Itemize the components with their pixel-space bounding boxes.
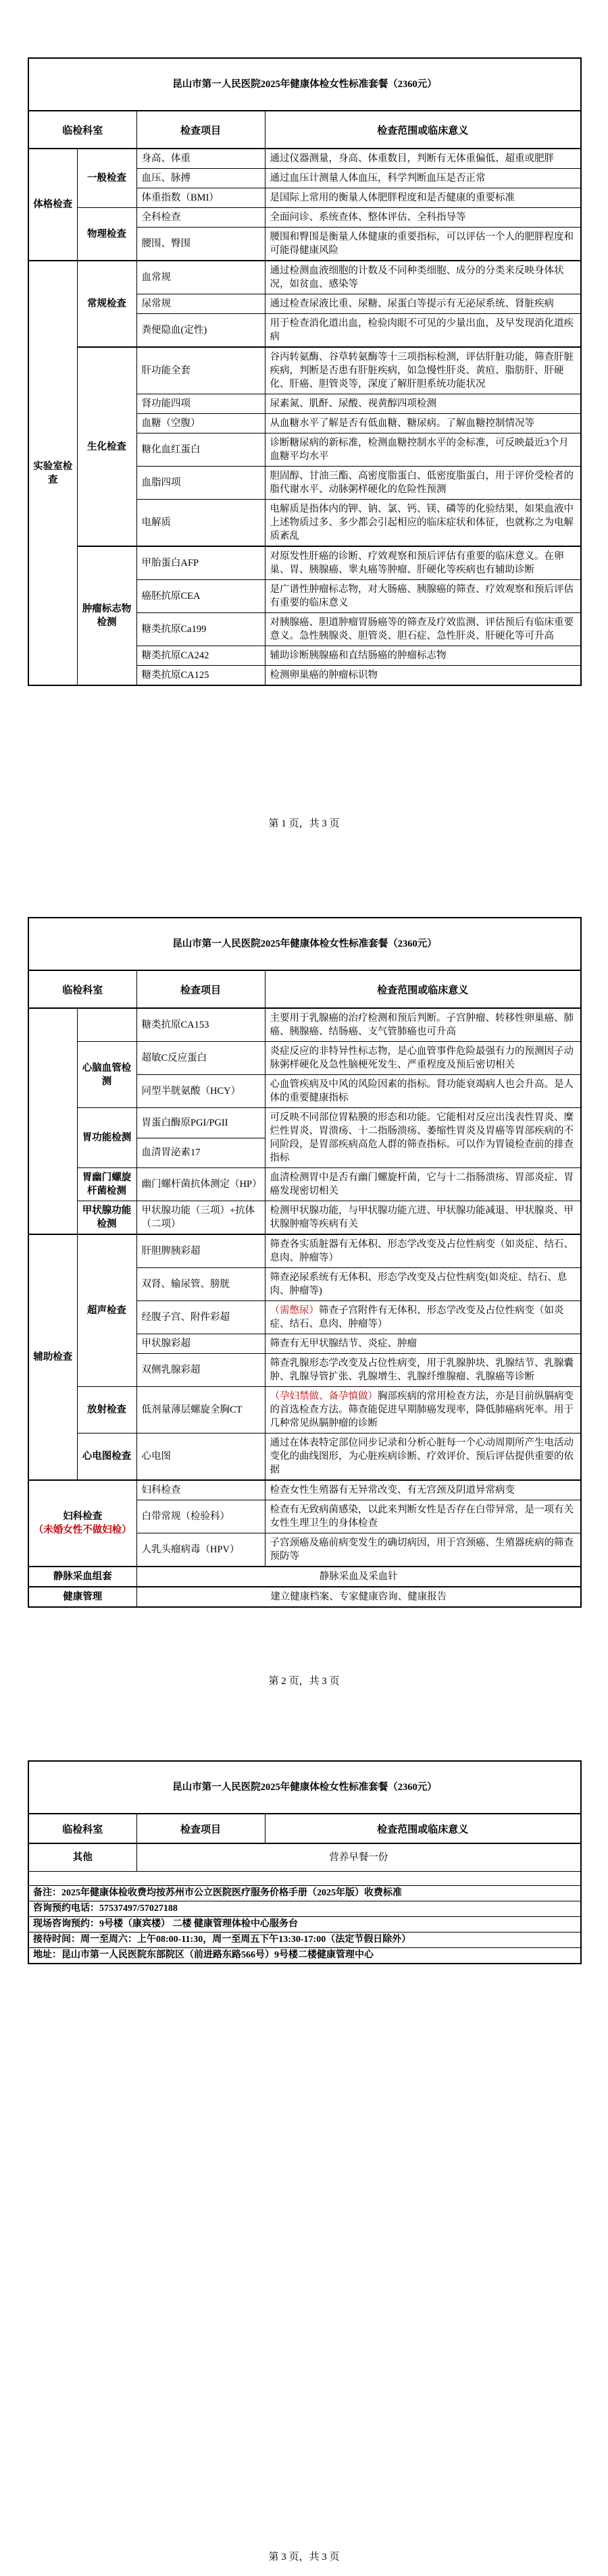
- table-row: 肿瘤标志物检测 甲胎蛋白AFP 对原发性肝癌的诊断、疗效观察和预后评估有重要的临…: [28, 546, 581, 580]
- group-cell: 心脑血管检测: [77, 1042, 136, 1108]
- meaning-cell: 可反映不同部位胃粘膜的形态和功能。它能相对反应出浅表性胃炎、糜烂性胃炎、胃溃疡、…: [265, 1108, 581, 1168]
- meaning-cell: 通过仪器测量，身高、体重数目，判断有无体重偏低、超重或肥胖: [265, 149, 581, 169]
- item-cell: 身高、体重: [136, 149, 265, 169]
- meaning-cell: （孕妇禁做、备孕慎做）胸部疾病的常用检查方法，亦是目前纵膈病变的首选检查方法。筛…: [265, 1387, 581, 1434]
- dept-cell: 体格检查: [28, 149, 77, 261]
- table-header-row: 临检科室 检查项目 检查范围或临床意义: [28, 1814, 581, 1843]
- meaning-cell: 炎症反应的非特异性标志物，是心血管事件危险最强有力的预测因子动脉粥样硬化及急性脑…: [265, 1042, 581, 1075]
- item-cell: 糖类抗原CA153: [136, 1008, 265, 1042]
- remark-onsite-booking: 现场咨询预约：9号楼（康宾楼） 二楼 健康管理体检中心服务台: [28, 1917, 581, 1933]
- dept-cell-empty: [28, 1008, 77, 1234]
- meaning-cell: 心血管疾病及中风的风险因素的指标。肾功能衰竭病人也会升高。是人体的重要健康指标: [265, 1075, 581, 1108]
- item-cell: 幽门螺杆菌抗体测定（HP）: [136, 1168, 265, 1201]
- table-row: 健康管理 建立健康档案、专家健康咨询、健康报告: [28, 1587, 581, 1607]
- dept-cell-gyn: 妇科检查 （未婚女性不做妇检）: [28, 1480, 136, 1567]
- meaning-cell: 电解质是指体内的钾、钠、氯、钙、镁、磷等的化验结果，如果血液中上述物质过多、多少…: [265, 500, 581, 547]
- table-row: 静脉采血组套 静脉采血及采血针: [28, 1567, 581, 1587]
- meaning-cell: 腰围和臀围是衡量人体健康的重要指标，可以评估一个人的肥胖程度和可能得健康风险: [265, 228, 581, 261]
- gyn-unmarried-note: （未婚女性不做妇检）: [30, 1523, 135, 1537]
- item-cell: 人乳头瘤病毒（HPV）: [136, 1533, 265, 1567]
- dept-cell: 静脉采血组套: [28, 1567, 136, 1587]
- item-cell: 糖类抗原Ca199: [136, 613, 265, 646]
- table-row: 咨询预约电话：57537497/57027188: [28, 1901, 581, 1917]
- table-row: 妇科检查 （未婚女性不做妇检） 妇科检查 检查女性生殖器有无异常改变、有无宫颈及…: [28, 1480, 581, 1500]
- item-cell: 血糖（空腹）: [136, 414, 265, 433]
- table-row: 辅助检查 超声检查 肝胆脾胰彩超 筛查各实质脏器有无体积、形态学改变及占位性病变…: [28, 1234, 581, 1268]
- table-row: 生化检查 肝功能全套 谷丙转氨酶、谷草转氨酶等十三项指标检测，评估肝脏功能，筛查…: [28, 347, 581, 394]
- meaning-cell: 检测甲状腺功能，与甲状腺功能亢进、甲状腺功能减退、甲状腺炎、甲状腺肿瘤等疾病有关: [265, 1201, 581, 1235]
- item-cell: 白带常规（检验科）: [136, 1500, 265, 1533]
- meaning-cell: 用于检查消化道出血，检验肉眼不可见的少量出血，及早发现消化道疾病: [265, 314, 581, 348]
- dept-cell: 其他: [28, 1843, 136, 1872]
- column-header-meaning: 检查范围或临床意义: [265, 1814, 581, 1843]
- item-cell: 妇科检查: [136, 1480, 265, 1500]
- doc-title: 昆山市第一人民医院2025年健康体检女性标准套餐（2360元）: [28, 918, 581, 970]
- remark-phone: 咨询预约电话：57537497/57027188: [28, 1901, 581, 1917]
- document-canvas: 昆山市第一人民医院2025年健康体检女性标准套餐（2360元） 临检科室 检查项…: [0, 0, 608, 2576]
- meaning-cell: 尿素氮、肌酐、尿酸、视黄醇四项检测: [265, 394, 581, 414]
- group-cell: 一般检查: [77, 149, 136, 208]
- meaning-cell: 检查有无致病菌感染，以此来判断女性是否存在白带异常，是一项有关女性生理卫生的身体…: [265, 1500, 581, 1533]
- table-row: 备注：2025年健康体检收费均按苏州市公立医院医疗服务价格手册（2025年版）收…: [28, 1886, 581, 1901]
- meaning-cell: 是国际上常用的衡量人体肥胖程度和是否健康的重要标准: [265, 188, 581, 208]
- page2-footer: 第 2 页，共 3 页: [0, 1673, 608, 1687]
- table-row: 心电图检查 心电图 通过在体表特定部位同步记录和分析心脏每一个心动周期所产生电活…: [28, 1434, 581, 1481]
- item-cell: 血常规: [136, 261, 265, 294]
- table-row: 其他 营养早餐一份: [28, 1843, 581, 1872]
- group-cell: 常规检查: [77, 261, 136, 347]
- bladder-warning-note: （需憋尿）: [270, 1305, 320, 1316]
- table-row: 接待时间：周一至周六：上午08:00-11:30，周一至周五下午13:30-17…: [28, 1933, 581, 1948]
- meaning-cell: 筛查乳腺形态学改变及占位性病变，用于乳腺肿块、乳腺结节、乳腺囊肿、乳腺导管扩张、…: [265, 1354, 581, 1387]
- page2-table: 昆山市第一人民医院2025年健康体检女性标准套餐（2360元） 临检科室 检查项…: [28, 917, 582, 1608]
- meaning-cell: 主要用于乳腺癌的治疗检测和预后判断。子宫肿瘤、转移性卵巢癌、肺癌、胰腺癌、结肠癌…: [265, 1008, 581, 1042]
- table-row: 现场咨询预约：9号楼（康宾楼） 二楼 健康管理体检中心服务台: [28, 1917, 581, 1933]
- table-row: 放射检查 低剂量薄层螺旋全胸CT （孕妇禁做、备孕慎做）胸部疾病的常用检查方法，…: [28, 1387, 581, 1434]
- remark-address: 地址：昆山市第一人民医院东部院区（前进路东路566号）9号楼二楼健康管理中心: [28, 1948, 581, 1964]
- meaning-cell: 筛查泌尿系统有无体积、形态学改变及占位性病变(如炎症、结石、息肉、肿瘤等): [265, 1268, 581, 1301]
- group-cell: 生化检查: [77, 347, 136, 546]
- column-header-meaning: 检查范围或临床意义: [265, 111, 581, 149]
- value-cell: 建立健康档案、专家健康咨询、健康报告: [136, 1587, 581, 1607]
- item-cell: 甲状腺彩超: [136, 1334, 265, 1354]
- column-header-meaning: 检查范围或临床意义: [265, 970, 581, 1008]
- meaning-cell: 是广谱性肿瘤标志物，对大肠癌、胰腺癌的筛查、疗效观察和预后评估有重要的临床意义: [265, 580, 581, 613]
- table-row: 地址：昆山市第一人民医院东部院区（前进路东路566号）9号楼二楼健康管理中心: [28, 1948, 581, 1964]
- item-cell: 尿常规: [136, 294, 265, 314]
- page1-footer: 第 1 页，共 3 页: [0, 816, 608, 830]
- table-row: 心脑血管检测 超敏C反应蛋白 炎症反应的非特异性标志物，是心血管事件危险最强有力…: [28, 1042, 581, 1075]
- item-cell: 体重指数（BMI）: [136, 188, 265, 208]
- item-cell: 全科检查: [136, 208, 265, 228]
- item-cell: 胃蛋白酶原PGI/PGII: [136, 1108, 265, 1138]
- gyn-section-name: 妇科检查: [30, 1510, 135, 1523]
- group-cell: 甲状腺功能检测: [77, 1201, 136, 1235]
- group-cell-empty: [77, 1008, 136, 1042]
- item-cell: 双侧乳腺彩超: [136, 1354, 265, 1387]
- meaning-cell: 通过血压计测量人体血压，科学判断血压是否正常: [265, 169, 581, 188]
- value-cell: 营养早餐一份: [136, 1843, 581, 1872]
- item-cell: 甲胎蛋白AFP: [136, 546, 265, 580]
- item-cell: 同型半胱氨酸（HCY）: [136, 1075, 265, 1108]
- table-row: 胃功能检测 胃蛋白酶原PGI/PGII 可反映不同部位胃粘膜的形态和功能。它能相…: [28, 1108, 581, 1138]
- meaning-cell: 检测卵巢癌的肿瘤标识物: [265, 666, 581, 686]
- item-cell: 超敏C反应蛋白: [136, 1042, 265, 1075]
- item-cell: 低剂量薄层螺旋全胸CT: [136, 1387, 265, 1434]
- column-header-department: 临检科室: [28, 1814, 136, 1843]
- item-cell: 糖化血红蛋白: [136, 433, 265, 467]
- table-row: 实验室检查 常规检查 血常规 通过检测血液细胞的计数及不同种类细胞、成分的分类来…: [28, 261, 581, 294]
- page1-table: 昆山市第一人民医院2025年健康体检女性标准套餐（2360元） 临检科室 检查项…: [28, 57, 582, 686]
- item-cell: 腰围、臀围: [136, 228, 265, 261]
- meaning-cell: 全面问诊、系统查体、整体评估、全科指导等: [265, 208, 581, 228]
- column-header-item: 检查项目: [136, 970, 265, 1008]
- meaning-cell: 筛查各实质脏器有无体积、形态学改变及占位性病变（如炎症、结石、息肉、肿瘤等）: [265, 1234, 581, 1268]
- meaning-cell: 通过检测血液细胞的计数及不同种类细胞、成分的分类来反映身体状况，如贫血、感染等: [265, 261, 581, 294]
- meaning-cell: 对原发性肝癌的诊断、疗效观察和预后评估有重要的临床意义。在卵巢、胃、胰腺癌、睾丸…: [265, 546, 581, 580]
- item-cell: 肾功能四项: [136, 394, 265, 414]
- group-cell: 胃幽门螺旋杆菌检测: [77, 1168, 136, 1201]
- meaning-cell: 谷丙转氨酶、谷草转氨酶等十三项指标检测，评估肝脏功能，筛查肝脏疾病，判断是否患有…: [265, 347, 581, 394]
- spacer-row: [28, 1872, 581, 1886]
- table-row: 昆山市第一人民医院2025年健康体检女性标准套餐（2360元）: [28, 918, 581, 970]
- column-header-item: 检查项目: [136, 1814, 265, 1843]
- table-row: 昆山市第一人民医院2025年健康体检女性标准套餐（2360元）: [28, 1761, 581, 1814]
- group-cell: 超声检查: [77, 1234, 136, 1387]
- meaning-cell: （需憋尿）筛查子宫附件有无体积、形态学改变及占位性病变（如炎症、结石、息肉、肿瘤…: [265, 1301, 581, 1334]
- table-row: 体格检查 一般检查 身高、体重 通过仪器测量，身高、体重数目，判断有无体重偏低、…: [28, 149, 581, 169]
- page3-table: 昆山市第一人民医院2025年健康体检女性标准套餐（2360元） 临检科室 检查项…: [28, 1760, 582, 1964]
- pregnancy-warning-note: （孕妇禁做、备孕慎做）: [270, 1391, 378, 1402]
- table-row: 甲状腺功能检测 甲状腺功能（三项）+抗体（二项） 检测甲状腺功能，与甲状腺功能亢…: [28, 1201, 581, 1235]
- item-cell: 粪便隐血(定性): [136, 314, 265, 348]
- item-cell: 电解质: [136, 500, 265, 547]
- table-row: [28, 1872, 581, 1886]
- meaning-cell: 检查女性生殖器有无异常改变、有无宫颈及阴道异常病变: [265, 1480, 581, 1500]
- item-cell: 肝功能全套: [136, 347, 265, 394]
- item-cell: 肝胆脾胰彩超: [136, 1234, 265, 1268]
- column-header-item: 检查项目: [136, 111, 265, 149]
- table-row: 糖类抗原CA153 主要用于乳腺癌的治疗检测和预后判断。子宫肿瘤、转移性卵巢癌、…: [28, 1008, 581, 1042]
- remark-hours: 接待时间：周一至周六：上午08:00-11:30，周一至周五下午13:30-17…: [28, 1933, 581, 1948]
- table-row: 胃幽门螺旋杆菌检测 幽门螺杆菌抗体测定（HP） 血清检测胃中是否有幽门螺旋杆菌，…: [28, 1168, 581, 1201]
- meaning-cell: 从血糖水平了解是否有低血糖、糖尿病。了解血糖控制情况等: [265, 414, 581, 433]
- value-cell: 静脉采血及采血针: [136, 1567, 581, 1587]
- remark-note: 备注：2025年健康体检收费均按苏州市公立医院医疗服务价格手册（2025年版）收…: [28, 1886, 581, 1901]
- group-cell: 心电图检查: [77, 1434, 136, 1481]
- item-cell: 血清胃泌素17: [136, 1138, 265, 1168]
- meaning-cell: 辅助诊断胰腺癌和直结肠癌的肿瘤标志物: [265, 646, 581, 666]
- page3-footer: 第 3 页，共 3 页: [0, 2549, 608, 2563]
- item-cell: 癌胚抗原CEA: [136, 580, 265, 613]
- meaning-cell: 胆固醇、甘油三酯、高密度脂蛋白、低密度脂蛋白，用于评价受检者的脂代谢水平、动脉粥…: [265, 467, 581, 500]
- dept-cell: 实验室检查: [28, 261, 77, 685]
- dept-cell: 辅助检查: [28, 1234, 77, 1480]
- dept-cell: 健康管理: [28, 1587, 136, 1607]
- item-cell: 双肾、输尿管、膀胱: [136, 1268, 265, 1301]
- doc-title: 昆山市第一人民医院2025年健康体检女性标准套餐（2360元）: [28, 58, 581, 111]
- item-cell: 经腹子宫、附件彩超: [136, 1301, 265, 1334]
- meaning-cell: 子宫颈癌及癌前病变发生的确切病因，用于宫颈癌、生殖器疣病的筛查预防等: [265, 1533, 581, 1567]
- item-cell: 血脂四项: [136, 467, 265, 500]
- group-cell: 肿瘤标志物检测: [77, 546, 136, 685]
- column-header-department: 临检科室: [28, 111, 136, 149]
- doc-title: 昆山市第一人民医院2025年健康体检女性标准套餐（2360元）: [28, 1761, 581, 1814]
- group-cell: 物理检查: [77, 208, 136, 261]
- table-header-row: 临检科室 检查项目 检查范围或临床意义: [28, 970, 581, 1008]
- meaning-cell: 血清检测胃中是否有幽门螺旋杆菌，它与十二指肠溃疡、胃部炎症、胃癌发现密切相关: [265, 1168, 581, 1201]
- meaning-cell: 通过检查尿液比重、尿糖、尿蛋白等提示有无泌尿系统、肾脏疾病: [265, 294, 581, 314]
- table-header-row: 临检科室 检查项目 检查范围或临床意义: [28, 111, 581, 149]
- item-cell: 甲状腺功能（三项）+抗体（二项）: [136, 1201, 265, 1235]
- table-row: 物理检查 全科检查 全面问诊、系统查体、整体评估、全科指导等: [28, 208, 581, 228]
- group-cell: 胃功能检测: [77, 1108, 136, 1168]
- column-header-department: 临检科室: [28, 970, 136, 1008]
- item-cell: 心电图: [136, 1434, 265, 1481]
- meaning-cell: 筛查有无甲状腺结节、炎症、肿瘤: [265, 1334, 581, 1354]
- item-cell: 糖类抗原CA125: [136, 666, 265, 686]
- meaning-cell: 诊断糖尿病的新标准，检测血糖控制水平的金标准，可反映最近3个月血糖平均水平: [265, 433, 581, 467]
- table-row: 昆山市第一人民医院2025年健康体检女性标准套餐（2360元）: [28, 58, 581, 111]
- group-cell: 放射检查: [77, 1387, 136, 1434]
- item-cell: 糖类抗原CA242: [136, 646, 265, 666]
- meaning-cell: 对胰腺癌、胆道肿瘤胃肠癌等的筛查及疗效监测、评估预后有临床重要意义。急性胰腺炎、…: [265, 613, 581, 646]
- meaning-cell: 通过在体表特定部位同步记录和分析心脏每一个心动周期所产生电活动变化的曲线图形，为…: [265, 1434, 581, 1481]
- item-cell: 血压、脉搏: [136, 169, 265, 188]
